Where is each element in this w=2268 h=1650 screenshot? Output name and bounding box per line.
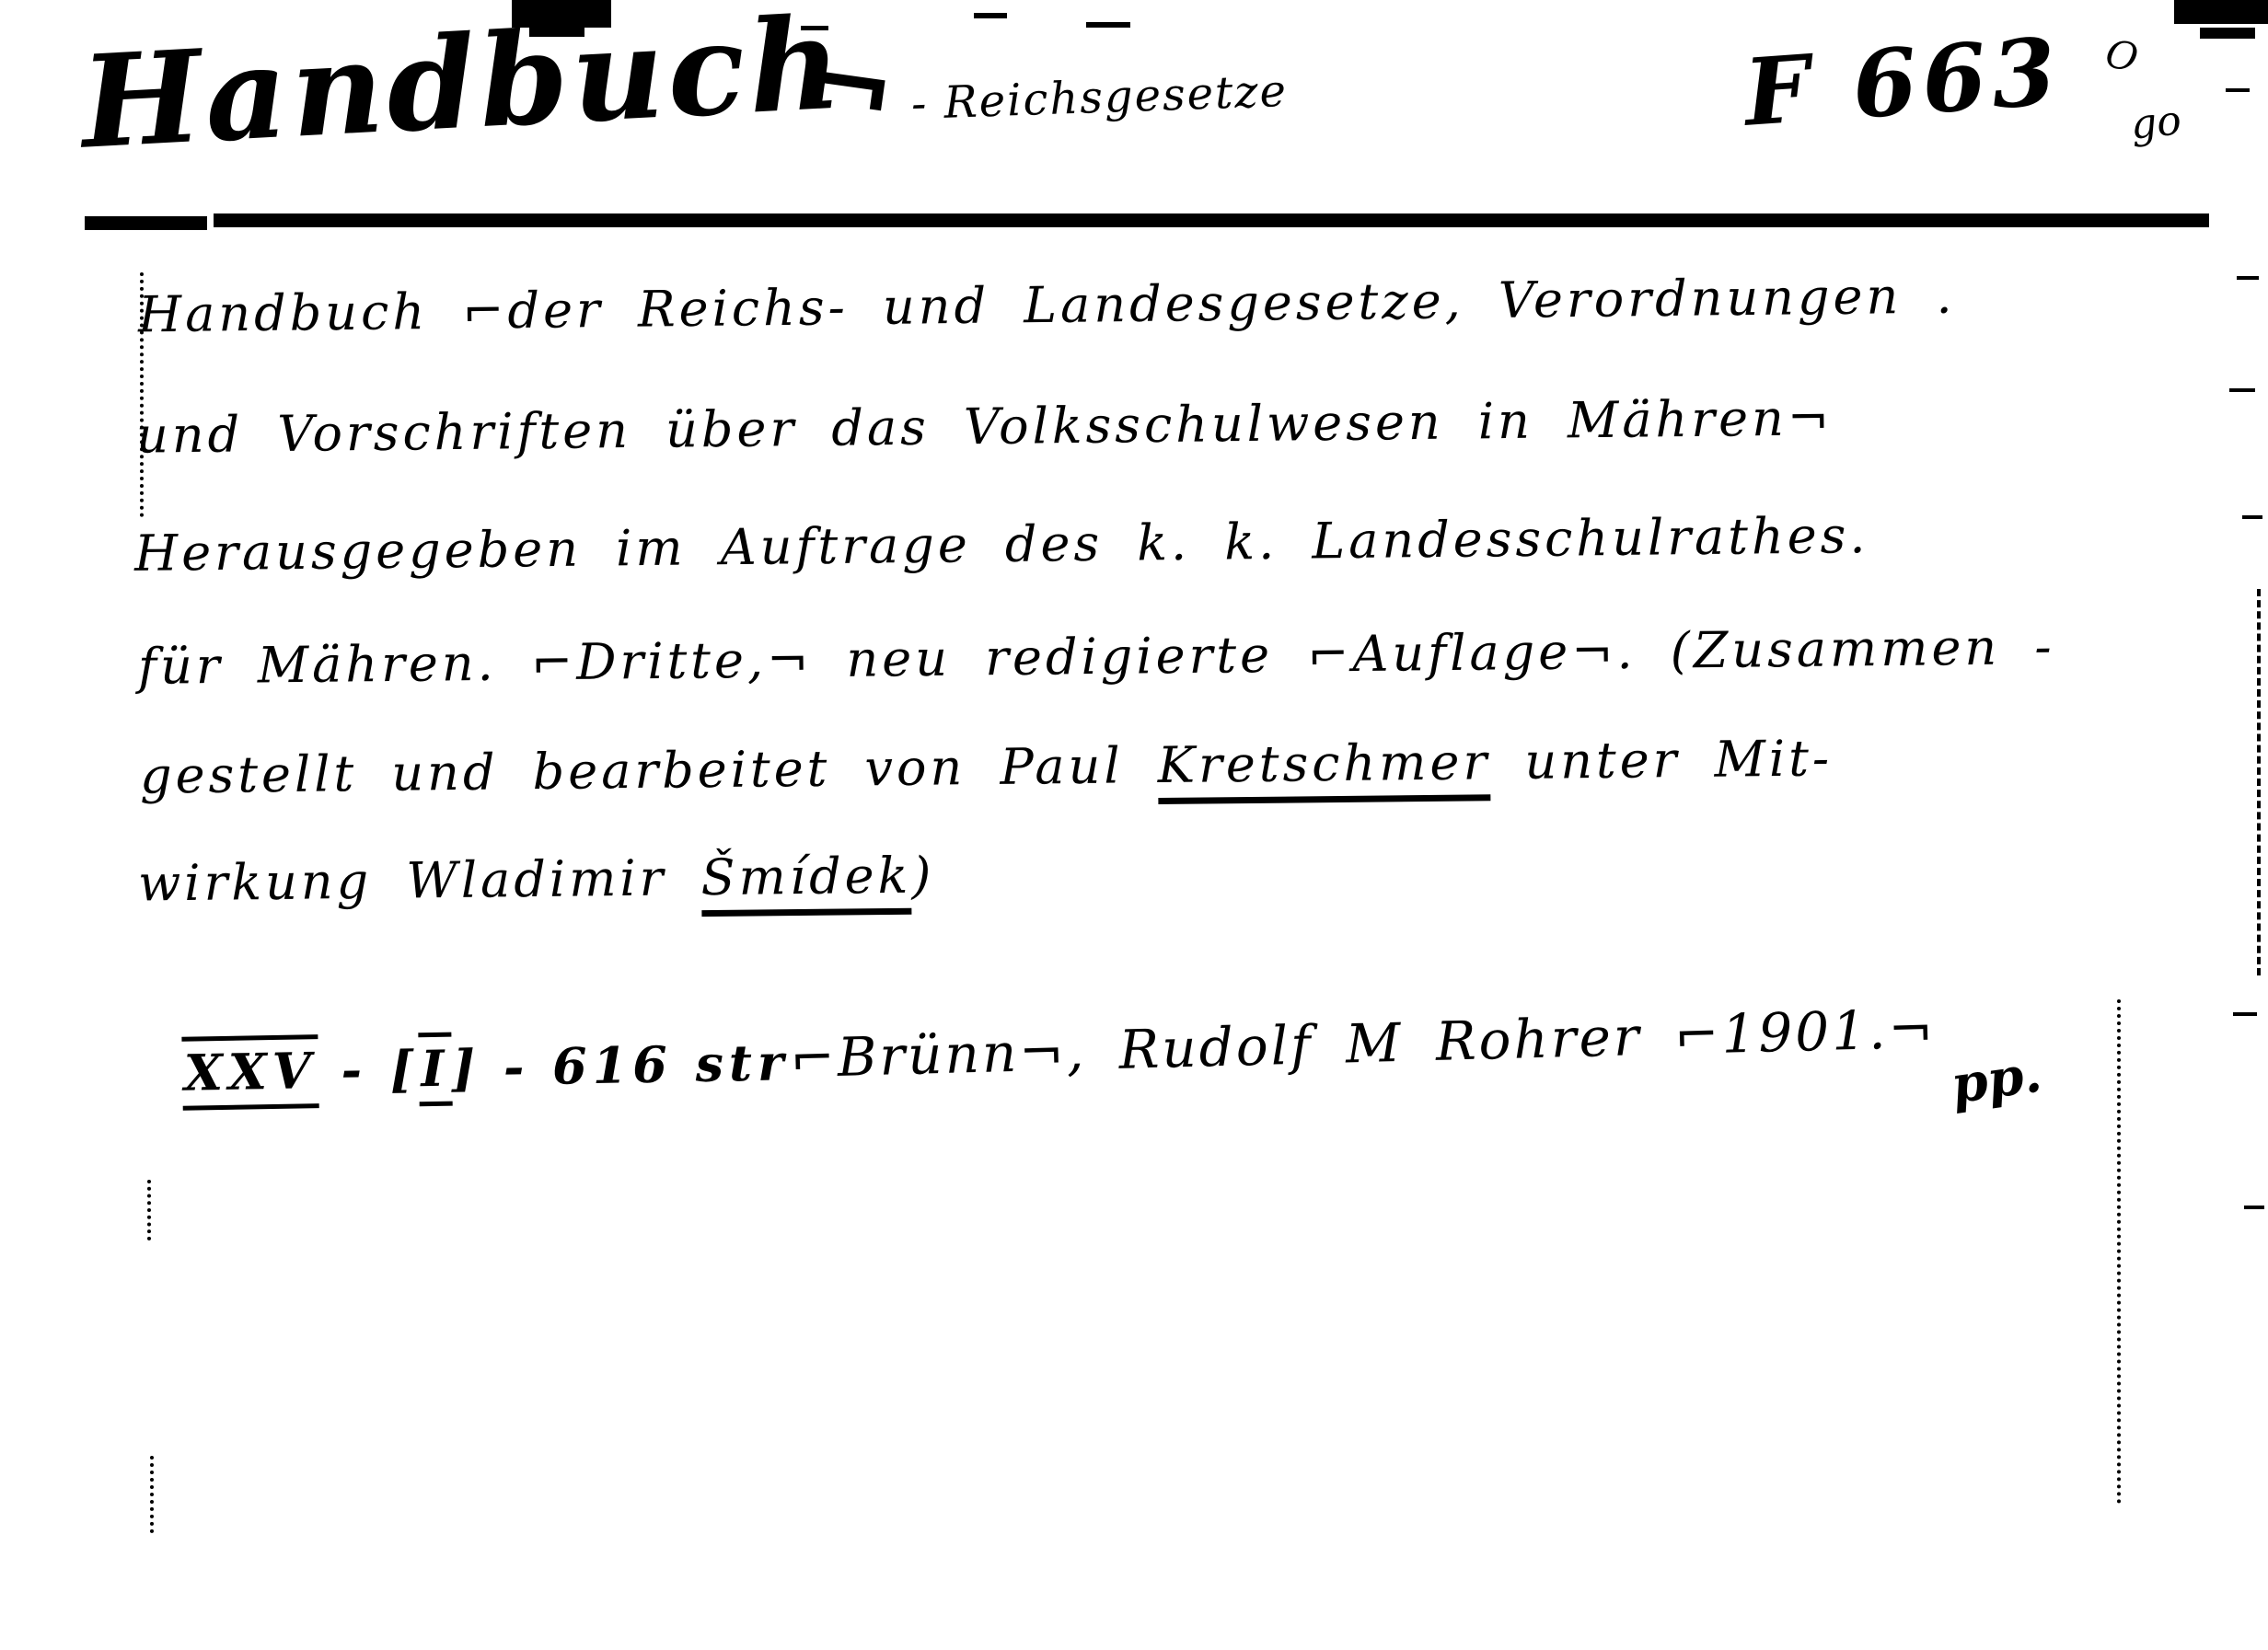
manuscript-line-1: Handbuch ⌐der Reichs- und Landesgesetze,…: [138, 267, 1956, 344]
margin-dotted-line: [2117, 999, 2121, 1504]
shelfmark-part: I: [419, 1033, 453, 1107]
shelfmark-pages: ] - 616 str: [451, 1033, 790, 1097]
manuscript-line-6: wirkung Wladimir Šmídek): [138, 846, 935, 912]
scan-noise: [2200, 28, 2255, 39]
manuscript-line-4: für Mähren. ⌐Dritte,¬ neu redigierte ⌐Au…: [138, 617, 2055, 696]
margin-dash: [2226, 88, 2250, 92]
line-text: und Vorschriften über das Volksschulwese…: [136, 388, 1834, 464]
shelfmark-volume: XXV: [181, 1034, 318, 1111]
divider-rule: [214, 213, 2209, 227]
underlined-name-smidek: Šmídek: [700, 847, 911, 917]
scan-noise: [974, 13, 1007, 18]
underlined-name-kretschmer: Kretschmer: [1157, 733, 1490, 804]
corner-mark-bottom: go: [2128, 97, 2183, 148]
line-text: ): [911, 846, 935, 904]
margin-dash: [2229, 388, 2255, 392]
line-text: wirkung Wladimir: [138, 848, 701, 912]
subject-heading: - Reichsgesetze: [910, 65, 1289, 130]
manuscript-line-5: gestellt und bearbeitet von Paul Kretsch…: [140, 729, 1834, 804]
line-text: Herausgegeben im Auftrage des k. k. Land…: [134, 506, 1869, 583]
manuscript-line-2: und Vorschriften über das Volksschulwese…: [136, 388, 1834, 464]
line-text: für Mähren. ⌐Dritte,¬ neu redigierte ⌐Au…: [138, 617, 2055, 696]
corner-mark-top: O: [2101, 30, 2142, 81]
catalog-card: Handbuch ¬ - Reichsgesetze F 663 O go Ha…: [0, 0, 2268, 1650]
insertion-mark: ¬: [802, 20, 902, 150]
margin-dash: [2237, 276, 2259, 280]
margin-dash: [2244, 1206, 2264, 1209]
manuscript-line-3: Herausgegeben im Auftrage des k. k. Land…: [134, 506, 1869, 583]
page-title: Handbuch: [77, 0, 848, 178]
call-number: F 663: [1741, 17, 2065, 147]
imprint: ⌐Brünn¬, Rudolf M Rohrer ⌐1901.¬: [789, 998, 1937, 1090]
margin-dotted-line: [140, 272, 144, 517]
divider-rule-left: [85, 216, 207, 230]
line-text: Handbuch ⌐der Reichs- und Landesgesetze,…: [138, 267, 1956, 344]
margin-dotted-line: [147, 1180, 151, 1240]
shelfmark: XXV - [I] - 616 str: [181, 1033, 789, 1102]
margin-dash: [2242, 515, 2262, 519]
margin-dotted-line: [2257, 589, 2261, 975]
scan-noise: [1086, 22, 1130, 28]
margin-dotted-line: [150, 1456, 154, 1533]
shelfmark-separator: - [: [318, 1039, 420, 1100]
scan-noise: [2174, 0, 2268, 24]
pp-annotation: pp.: [1948, 1044, 2045, 1116]
line-text: gestellt und bearbeitet von Paul: [140, 736, 1158, 805]
margin-dash: [2233, 1012, 2257, 1016]
line-text: unter Mit-: [1490, 729, 1834, 790]
